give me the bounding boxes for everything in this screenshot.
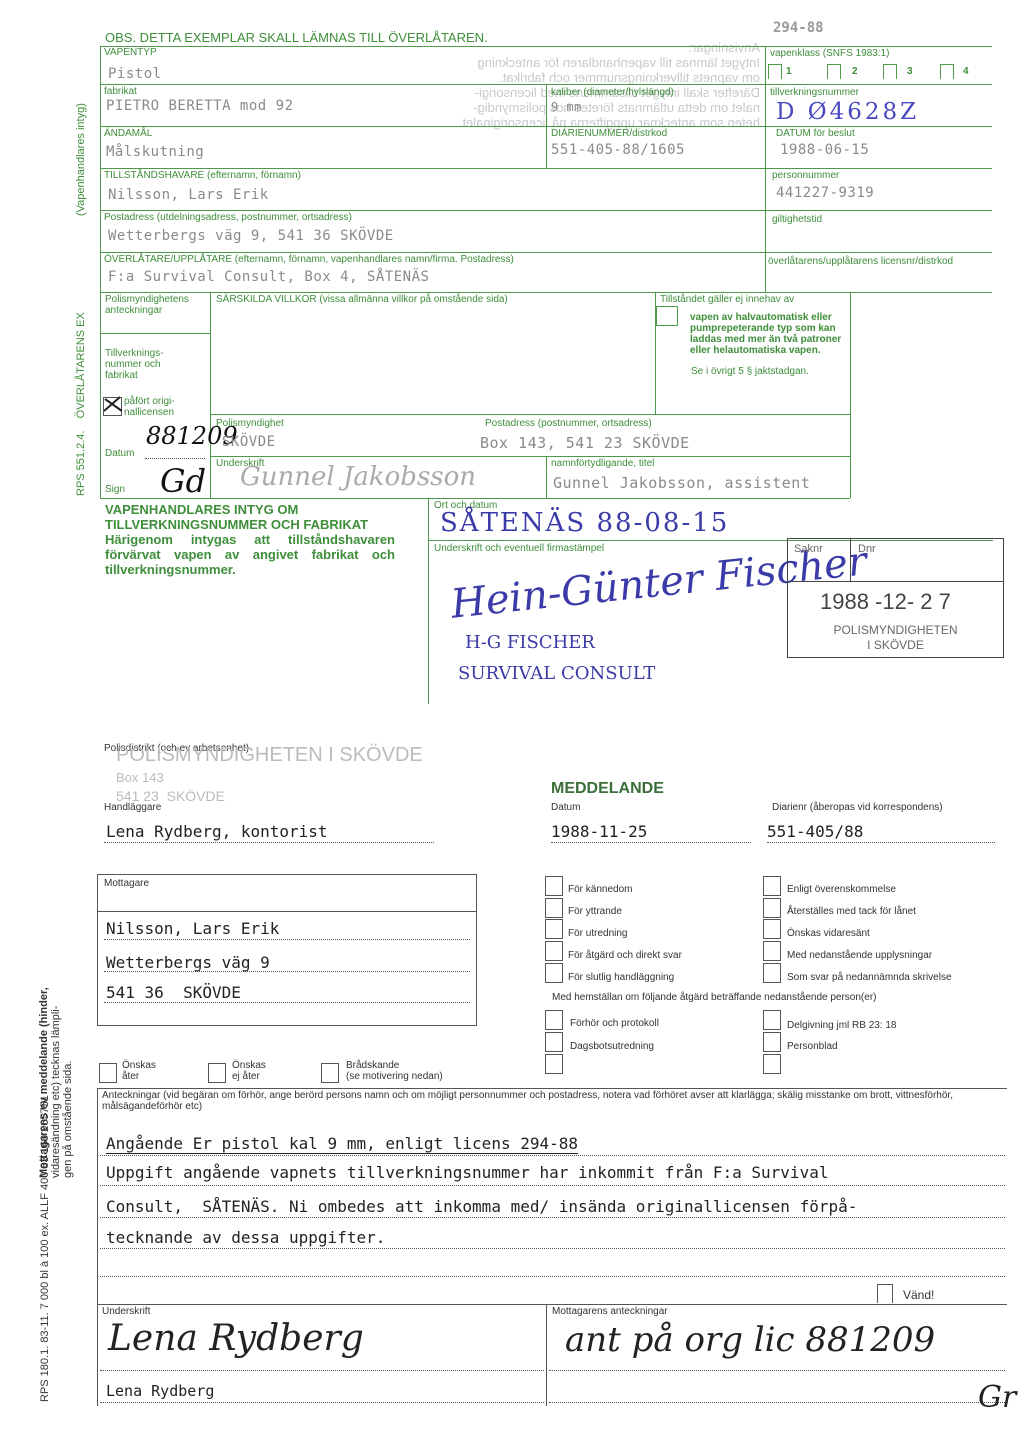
vapentyp-label: VAPENTYP xyxy=(104,47,157,58)
mottagarens-label: Mottagarens anteckningar xyxy=(552,1306,668,1317)
checkbox-enligt-overenskommelse[interactable] xyxy=(763,876,781,896)
vapenklass-checkbox-1[interactable] xyxy=(768,64,782,79)
option-label: Önskas vidaresänt xyxy=(787,928,870,939)
bradskande-checkbox[interactable] xyxy=(321,1063,339,1083)
diarienummer-label: DIARIENUMMER/distrkod xyxy=(551,128,667,139)
copy-label: ÖVERLÅTARENS EX xyxy=(75,312,87,418)
diarienummer-value: 551-405-88/1605 xyxy=(551,142,685,158)
checkbox-action-blank-right[interactable] xyxy=(763,1054,781,1074)
vapenklass-checkbox-3[interactable] xyxy=(883,64,897,79)
datum-beslut-value: 1988-06-15 xyxy=(780,142,869,158)
vapenklass-option-label: 3 xyxy=(907,66,913,77)
postadress-label: Postadress (utdelningsadress, postnummer… xyxy=(104,212,352,223)
saknr-label: Saknr xyxy=(794,543,823,555)
diarienr-value: 551-405/88 xyxy=(767,822,863,841)
handlaggare-label: Handläggare xyxy=(104,802,161,813)
option-label: Som svar på nedannämnda skrivelse xyxy=(787,972,952,983)
checkbox-dagsbot[interactable] xyxy=(545,1032,563,1052)
postadress-value: Wetterbergs väg 9, 541 36 SKÖVDE xyxy=(108,228,394,244)
onskas-ej-ater-checkbox[interactable] xyxy=(208,1063,226,1083)
dealer-cert-title: VAPENHANDLARES INTYG OM TILLVERKNINGSNUM… xyxy=(105,502,395,532)
polis-postadress-label: Postadress (postnummer, ortsadress) xyxy=(485,418,652,429)
polismyndighet-label: Polismyndighet xyxy=(216,418,284,429)
anteckningar-line-2: Uppgift angående vapnets tillverkningsnu… xyxy=(106,1163,828,1182)
tillverkningsnummer-label: tillverkningsnummer xyxy=(770,87,859,98)
vand-label: Vänd! xyxy=(903,1288,934,1302)
bradskande-label: Brådskande(se motivering nedan) xyxy=(346,1060,443,1082)
sign-label: Sign xyxy=(105,484,125,495)
checkbox-personblad[interactable] xyxy=(763,1032,781,1052)
vapenklass-option-label: 1 xyxy=(786,66,792,77)
option-label: Personblad xyxy=(787,1041,838,1052)
diarienr-label: Diarienr (åberopas vid korrespondens) xyxy=(772,802,943,813)
tillstandet-label: Tillståndet gäller ej innehav av xyxy=(660,294,794,305)
license-side-text: RPS 551.2.4. ÖVERLÅTARENS EX (Vapenhandl… xyxy=(76,103,87,496)
sarskilda-villkor-label: SÄRSKILDA VILLKOR (vissa allmänna villko… xyxy=(216,294,516,305)
vapenklass-checkbox-2[interactable] xyxy=(827,64,841,79)
option-label: För yttrande xyxy=(568,906,622,917)
andamal-value: Målskutning xyxy=(106,144,204,160)
kaliber-label: kaliber (diameter/hylslängd) xyxy=(551,87,674,98)
tillstandshavare-value: Nilsson, Lars Erik xyxy=(108,187,269,203)
message-side-note: Mottagarens ev meddelande (hinder, vidar… xyxy=(38,987,74,1178)
anteckningar-label: Anteckningar (vid begäran om förhör, ang… xyxy=(102,1090,1002,1112)
polis-postadress-value: Box 143, 541 23 SKÖVDE xyxy=(480,434,690,452)
tillstandet-text: vapen av halvautomatisk eller pumprepete… xyxy=(690,312,850,356)
tillstandet-note: Se i övrigt 5 § jaktstadgan. xyxy=(691,366,809,377)
checkbox-delgivning[interactable] xyxy=(763,1010,781,1030)
handlaggare-value: Lena Rydberg, kontorist xyxy=(106,822,328,841)
message-title: MEDDELANDE xyxy=(551,780,664,798)
personnummer-value: 441227-9319 xyxy=(776,185,874,201)
license-number: 294-88 xyxy=(773,20,824,36)
datum-label: Datum xyxy=(551,802,580,813)
tillstandet-checkbox[interactable] xyxy=(656,306,678,326)
stamp-line2: I SKÖVDE xyxy=(788,638,1003,652)
checkbox-som-svar[interactable] xyxy=(763,963,781,983)
onskas-ej-ater-label: Önskasej åter xyxy=(232,1060,266,1082)
check-x-icon xyxy=(102,393,124,415)
fabrikat-value: PIETRO BERETTA mod 92 xyxy=(106,98,294,114)
vapenklass-option-label: 2 xyxy=(852,66,858,77)
onskas-ater-label: Önskasåter xyxy=(122,1060,156,1082)
pafort-label: påfört origi- nallicensen xyxy=(124,396,204,418)
vapenklass-label: vapenklass (SNFS 1983:1) xyxy=(770,48,890,59)
dealer-signature-label: Underskrift och eventuell firmastämpel xyxy=(434,543,604,554)
police-notes-label: Polismyndighetens anteckningar xyxy=(105,294,209,316)
anteckningar-line-1: Angående Er pistol kal 9 mm, enligt lice… xyxy=(106,1134,578,1154)
underskrift-signature: Gunnel Jakobsson xyxy=(240,462,476,492)
bleed-through-text: Anvisningar:Intyget lämnas till vapenhan… xyxy=(340,40,760,130)
option-label: För slutlig handläggning xyxy=(568,972,674,983)
vapenklass-option-label: 4 xyxy=(963,66,969,77)
overlatare-label: ÖVERLÅTARE/UPPLÅTARE (efternamn, förnamn… xyxy=(104,254,514,265)
vapenklass-checkbox-4[interactable] xyxy=(940,64,954,79)
checkbox-med-upplysningar[interactable] xyxy=(763,941,781,961)
checkbox-for-utredning[interactable] xyxy=(545,919,563,939)
sign-initials: Gd xyxy=(160,462,206,500)
mottagare-name: Nilsson, Lars Erik xyxy=(106,919,279,938)
checkbox-for-slutlig[interactable] xyxy=(545,963,563,983)
dealer-company: SURVIVAL CONSULT xyxy=(458,663,655,684)
hemstallan-text: Med hemställan om följande åtgärd beträf… xyxy=(552,992,876,1003)
overlatare-value: F:a Survival Consult, Box 4, SÅTENÄS xyxy=(108,269,429,285)
ort-datum-value: SÅTENÄS 88-08-15 xyxy=(440,508,729,538)
underskrift-signature: Lena Rydberg xyxy=(108,1318,364,1359)
option-label: För åtgärd och direkt svar xyxy=(568,950,682,961)
stamp-line1: POLISMYNDIGHETEN xyxy=(788,623,1003,637)
tillstandshavare-label: TILLSTÅNDSHAVARE (efternamn, förnamn) xyxy=(104,170,301,181)
mottagare-label: Mottagare xyxy=(104,878,149,889)
tillverkningsnummer-value: D Ø4628Z xyxy=(776,99,919,125)
form-code: RPS 551.2.4. xyxy=(75,431,87,496)
checkbox-for-yttrande[interactable] xyxy=(545,898,563,918)
anteckningar-line-4: tecknande av dessa uppgifter. xyxy=(106,1228,385,1247)
mottagare-street: Wetterbergs väg 9 xyxy=(106,953,270,972)
onskas-ater-checkbox[interactable] xyxy=(99,1063,117,1083)
overlatare-licens-label: överlåtarens/upplåtarens licensnr/distrk… xyxy=(768,256,953,267)
checkbox-aterstalles[interactable] xyxy=(763,898,781,918)
mottagare-box: Mottagare Nilsson, Lars Erik Wetterbergs… xyxy=(97,874,477,1026)
option-label: För kännedom xyxy=(568,884,632,895)
option-label: Förhör och protokoll xyxy=(570,1018,659,1029)
fabrikat-label: fabrikat xyxy=(104,86,137,97)
side-note-line: vidaresändning etc) tecknas lämpli- xyxy=(50,1006,62,1178)
checkbox-onskas-vidaresant[interactable] xyxy=(763,919,781,939)
side-note-line: gen på omstående sida. xyxy=(62,1061,74,1178)
received-stamp: Saknr Dnr 1988 -12- 2 7 POLISMYNDIGHETEN… xyxy=(787,538,1004,658)
polismyndighet-value: SKÖVDE xyxy=(222,434,276,450)
checkbox-forhor[interactable] xyxy=(545,1010,563,1030)
namnfortydligande-value: Gunnel Jakobsson, assistent xyxy=(553,474,810,492)
option-label: För utredning xyxy=(568,928,627,939)
option-label: Enligt överenskommelse xyxy=(787,884,896,895)
mottagarens-initials: Gr xyxy=(978,1380,1016,1415)
option-label: Delgivning jml RB 23: 18 xyxy=(787,1020,897,1031)
dnr-label: Dnr xyxy=(858,543,876,555)
underskrift-name: Lena Rydberg xyxy=(106,1382,214,1400)
checkbox-action-blank-left[interactable] xyxy=(545,1054,563,1074)
side-note: (Vapenhandlares intyg) xyxy=(75,103,87,216)
checkbox-for-kannedom[interactable] xyxy=(545,876,563,896)
vapentyp-value: Pistol xyxy=(108,66,162,82)
namnfortydligande-label: namnförtydligande, titel xyxy=(551,458,654,469)
mottagarens-note: ant på org lic 881209 xyxy=(565,1320,935,1360)
dealer-name: H-G FISCHER xyxy=(465,632,595,653)
datum-beslut-label: DATUM för beslut xyxy=(776,128,855,139)
side-note-line: Mottagarens ev meddelande (hinder, xyxy=(38,987,50,1178)
sender-stamp-line1: POLISMYNDIGHETEN I SKÖVDE xyxy=(116,744,423,767)
pafort-checkbox[interactable] xyxy=(103,397,122,416)
mottagare-city: 541 36 SKÖVDE xyxy=(106,983,241,1002)
received-date: 1988 -12- 2 7 xyxy=(820,589,951,615)
datum-label: Datum xyxy=(105,448,134,459)
vand-checkbox[interactable] xyxy=(877,1284,893,1303)
datum-value: 1988-11-25 xyxy=(551,822,647,841)
andamal-label: ÄNDAMÅL xyxy=(104,128,152,139)
anteckningar-line-3: Consult, SÅTENÄS. Ni ombedes att inkomma… xyxy=(106,1197,857,1216)
personnummer-label: personnummer xyxy=(772,170,839,181)
underskrift-label: Underskrift xyxy=(102,1306,150,1317)
tillverkning-label: Tillverknings- nummer och fabrikat xyxy=(105,348,175,381)
option-label: Återställes med tack för lånet xyxy=(787,906,916,917)
option-label: Med nedanstående upplysningar xyxy=(787,950,932,961)
option-label: Dagsbotsutredning xyxy=(570,1041,654,1052)
giltighetstid-label: giltighetstid xyxy=(772,214,822,225)
kaliber-value: 9 mm xyxy=(551,100,582,114)
dealer-cert-text: Härigenom intygas att tillståndshavaren … xyxy=(105,532,395,577)
sender-stamp-line2: Box 143 xyxy=(116,770,164,785)
checkbox-for-atgard[interactable] xyxy=(545,941,563,961)
